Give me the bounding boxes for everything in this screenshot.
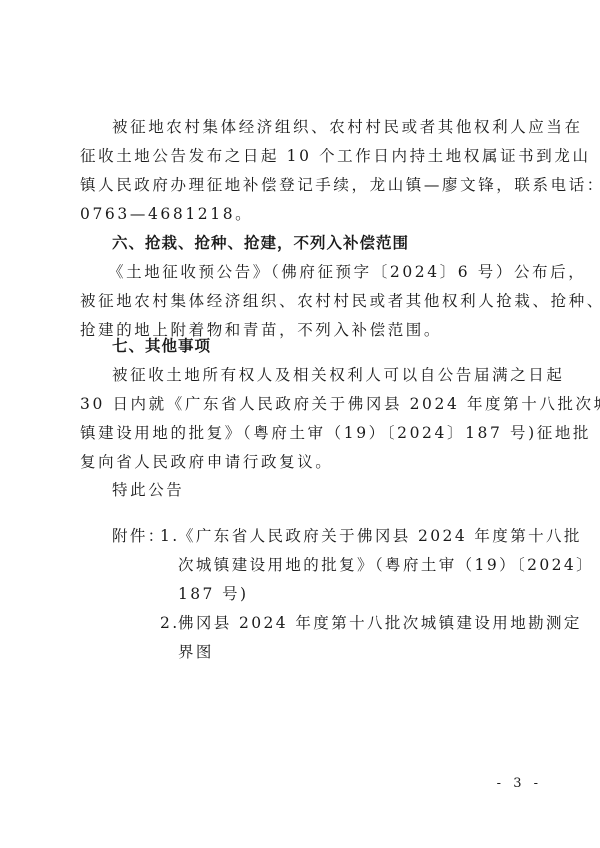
attachment-number-2: 2. xyxy=(160,613,180,633)
paragraph-line: 复向省人民政府申请行政复议。 xyxy=(80,452,524,472)
attachment-line: 次城镇建设用地的批复》（粤府土审（19）〔2024〕 xyxy=(178,555,594,575)
paragraph-line: 被征地农村集体经济组织、农村村民或者其他权利人抢栽、抢种、 xyxy=(80,291,524,311)
paragraph-line: 镇建设用地的批复》（粤府土审（19）〔2024〕187 号)征地批 xyxy=(80,423,524,443)
paragraph-line: 被征收土地所有权人及相关权利人可以自公告届满之日起 xyxy=(112,365,524,385)
closing-text: 特此公告 xyxy=(112,480,524,500)
paragraph-line: 《土地征收预公告》（佛府征预字〔2024〕6 号）公布后， xyxy=(108,262,552,282)
page-number: - 3 - xyxy=(0,776,600,791)
attachment-line: 佛冈县 2024 年度第十八批次城镇建设用地勘测定 xyxy=(178,613,582,633)
attachment-line: 《广东省人民政府关于佛冈县 2024 年度第十八批 xyxy=(178,526,582,546)
section-heading-6: 六、抢栽、抢种、抢建，不列入补偿范围 xyxy=(112,233,524,253)
attachment-line: 界图 xyxy=(178,642,214,662)
paragraph-line: 征收土地公告发布之日起 10 个工作日内持土地权属证书到龙山 xyxy=(80,146,524,166)
paragraph-line: 镇人民政府办理征地补偿登记手续，龙山镇—廖文锋，联系电话： xyxy=(80,175,524,195)
section-heading-7: 七、其他事项 xyxy=(112,336,524,356)
attachments-label: 附件： xyxy=(112,526,166,546)
paragraph-line: 30 日内就《广东省人民政府关于佛冈县 2024 年度第十八批次城 xyxy=(80,394,524,414)
page-number-text: - 3 - xyxy=(497,776,542,791)
attachment-line: 187 号) xyxy=(178,584,248,604)
paragraph-line: 0763—4681218。 xyxy=(80,204,524,224)
attachment-number-1: 1. xyxy=(160,526,180,546)
paragraph-line: 被征地农村集体经济组织、农村村民或者其他权利人应当在 xyxy=(112,117,524,137)
document-page: 被征地农村集体经济组织、农村村民或者其他权利人应当在 征收土地公告发布之日起 1… xyxy=(0,0,600,848)
